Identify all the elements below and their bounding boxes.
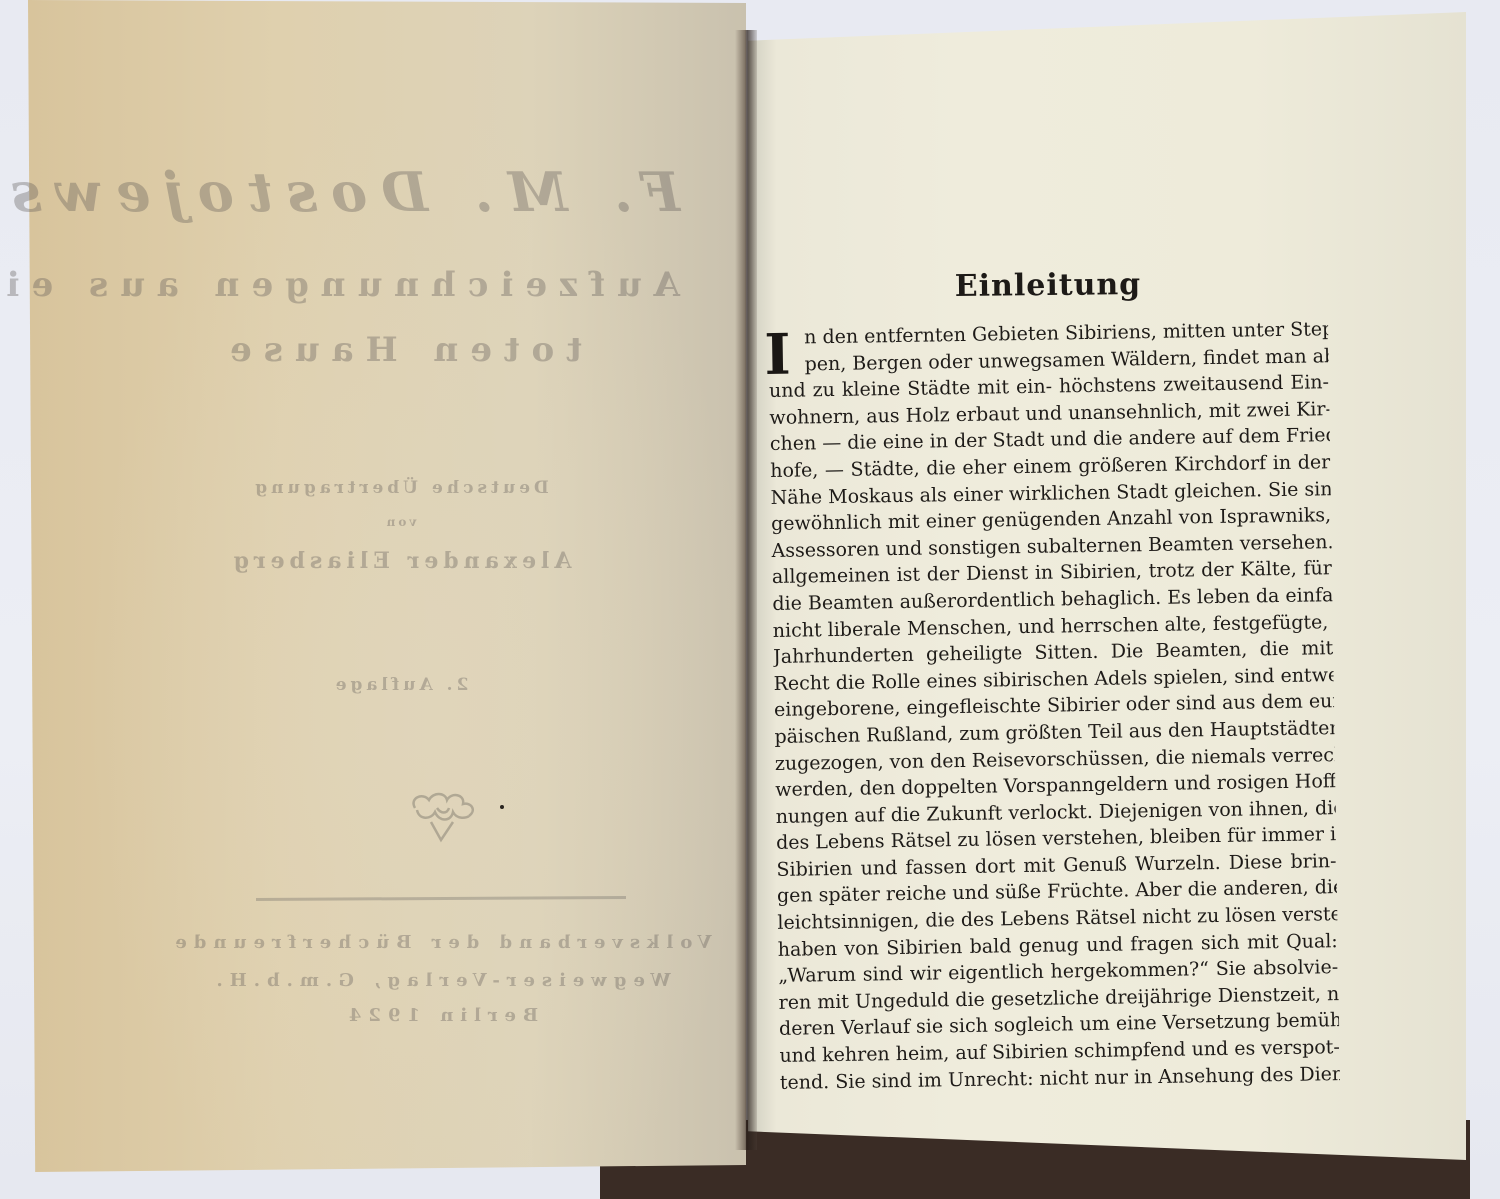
show-through-publisher-line-2: Wegweiser-Verlag, G.m.b.H.: [160, 970, 720, 991]
show-through-title-line-1: Aufzeichnungen aus einem: [120, 265, 680, 305]
show-through-author: F. M. Dostojewskij: [120, 160, 680, 224]
body-text: I n den entfernten Gebieten Sibiriens, m…: [768, 316, 1340, 1096]
show-through-translation-line-2: von: [220, 515, 580, 529]
show-through-translator: Alexander Eliasberg: [220, 548, 580, 574]
show-through-edition: 2. Auflage: [300, 675, 500, 695]
show-through-title-line-2: toten Hause: [120, 330, 680, 370]
show-through-rule: [256, 896, 626, 901]
show-through-publisher-line-1: Volksverband der Bücherfreunde: [160, 932, 720, 953]
chapter-title: Einleitung: [748, 265, 1348, 306]
ink-speck: [500, 805, 504, 809]
drop-cap: I: [764, 327, 791, 383]
left-page-show-through: F. M. Dostojewskij Aufzeichnungen aus ei…: [0, 0, 746, 1172]
show-through-publisher-line-3: Berlin 1924: [160, 1005, 720, 1026]
book-gutter: [735, 30, 757, 1150]
photo-scene: F. M. Dostojewskij Aufzeichnungen aus ei…: [0, 0, 1500, 1199]
ornament-icon: [407, 788, 479, 846]
show-through-translation-line-1: Deutsche Übertragung: [220, 478, 580, 498]
